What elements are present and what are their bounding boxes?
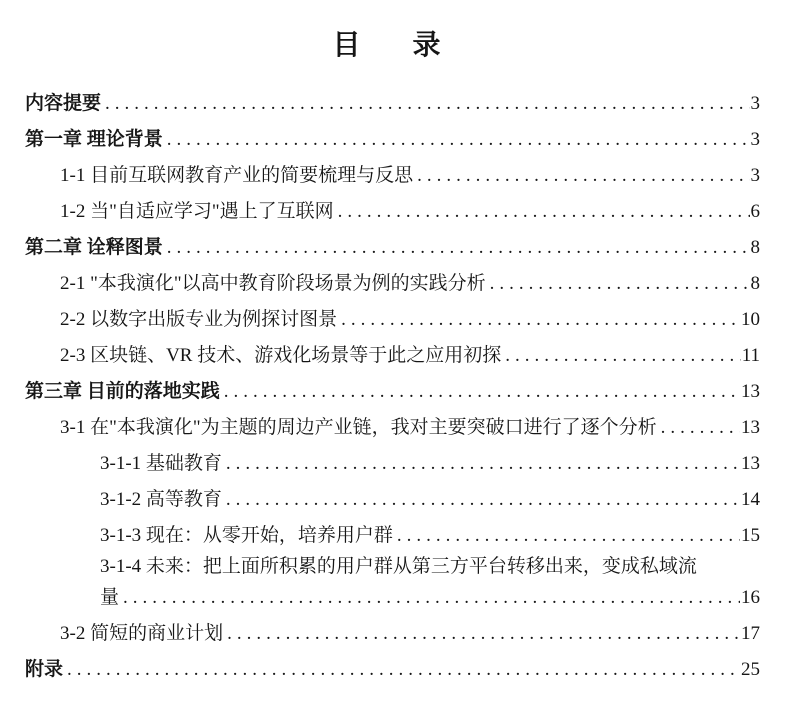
page-number: 13 bbox=[741, 374, 760, 410]
toc-list: 内容提要....................................… bbox=[25, 86, 760, 688]
page-number: 3 bbox=[751, 158, 761, 194]
toc-entry-label: 第一章 理论背景 bbox=[25, 122, 163, 158]
dot-leader: ........................................… bbox=[167, 230, 750, 266]
toc-entry-label: 第二章 诠释图景 bbox=[25, 230, 163, 266]
dot-leader: ........................................… bbox=[417, 158, 749, 194]
page-number: 10 bbox=[741, 302, 760, 338]
dot-leader: ........................................… bbox=[67, 652, 740, 688]
dot-leader: ........................................… bbox=[226, 482, 740, 518]
toc-entry-label: 2-2 以数字出版专业为例探讨图景 bbox=[60, 302, 337, 338]
dot-leader: ........................................… bbox=[123, 580, 740, 616]
toc-entry-label: 3-1-1 基础教育 bbox=[100, 446, 222, 482]
dot-leader: ........................................… bbox=[227, 616, 740, 652]
toc-entry[interactable]: 1-2 当"自适应学习"遇上了互联网......................… bbox=[25, 194, 760, 230]
toc-entry-label: 3-2 简短的商业计划 bbox=[60, 616, 223, 652]
toc-page: 目 录 内容提要................................… bbox=[0, 0, 785, 707]
toc-entry-label: 内容提要 bbox=[25, 86, 101, 122]
toc-entry-line1: 3-1-4 未来：把上面所积累的用户群从第三方平台转移出来，变成私域流 bbox=[100, 554, 760, 580]
dot-leader: ........................................… bbox=[505, 338, 740, 374]
toc-entry-label: 2-1 "本我演化"以高中教育阶段场景为例的实践分析 bbox=[60, 266, 486, 302]
dot-leader: ........................................… bbox=[338, 194, 750, 230]
toc-entry[interactable]: 第三章 目前的落地实践.............................… bbox=[25, 374, 760, 410]
toc-entry-label-continued: 量 bbox=[100, 580, 119, 616]
toc-entry-label: 第三章 目前的落地实践 bbox=[25, 374, 220, 410]
dot-leader: ........................................… bbox=[661, 410, 740, 446]
page-number: 3 bbox=[751, 86, 761, 122]
page-number: 6 bbox=[751, 194, 761, 230]
page-number: 8 bbox=[751, 266, 761, 302]
toc-entry-label: 附录 bbox=[25, 652, 63, 688]
dot-leader: ........................................… bbox=[490, 266, 750, 302]
dot-leader: ........................................… bbox=[341, 302, 740, 338]
toc-entry[interactable]: 第二章 诠释图景................................… bbox=[25, 230, 760, 266]
toc-entry[interactable]: 第一章 理论背景................................… bbox=[25, 122, 760, 158]
page-number: 11 bbox=[742, 338, 760, 374]
toc-entry-label: 1-2 当"自适应学习"遇上了互联网 bbox=[60, 194, 334, 230]
dot-leader: ........................................… bbox=[226, 446, 740, 482]
toc-entry-label: 1-1 目前互联网教育产业的简要梳理与反思 bbox=[60, 158, 413, 194]
page-number: 13 bbox=[741, 446, 760, 482]
page-number: 8 bbox=[751, 230, 761, 266]
toc-entry[interactable]: 2-1 "本我演化"以高中教育阶段场景为例的实践分析..............… bbox=[25, 266, 760, 302]
dot-leader: ........................................… bbox=[105, 86, 749, 122]
toc-entry-label: 3-1-3 现在：从零开始，培养用户群 bbox=[100, 518, 393, 554]
toc-entry[interactable]: 附录......................................… bbox=[25, 652, 760, 688]
toc-entry[interactable]: 3-1-4 未来：把上面所积累的用户群从第三方平台转移出来，变成私域流量....… bbox=[25, 554, 760, 616]
page-number: 25 bbox=[741, 652, 760, 688]
dot-leader: ........................................… bbox=[167, 122, 750, 158]
toc-entry[interactable]: 3-1-3 现在：从零开始，培养用户群.....................… bbox=[25, 518, 760, 554]
toc-entry[interactable]: 3-2 简短的商业计划.............................… bbox=[25, 616, 760, 652]
toc-entry-label: 3-1 在"本我演化"为主题的周边产业链，我对主要突破口进行了逐个分析 bbox=[60, 410, 657, 446]
dot-leader: ........................................… bbox=[224, 374, 740, 410]
toc-entry[interactable]: 1-1 目前互联网教育产业的简要梳理与反思...................… bbox=[25, 158, 760, 194]
page-number: 17 bbox=[741, 616, 760, 652]
toc-entry[interactable]: 3-1-1 基础教育..............................… bbox=[25, 446, 760, 482]
page-number: 3 bbox=[751, 122, 761, 158]
page-title: 目 录 bbox=[25, 28, 760, 64]
toc-entry-line2: 量.......................................… bbox=[100, 580, 760, 616]
page-number: 16 bbox=[741, 580, 760, 616]
toc-entry[interactable]: 2-3 区块链、VR 技术、游戏化场景等于此之应用初探.............… bbox=[25, 338, 760, 374]
page-number: 14 bbox=[741, 482, 760, 518]
toc-entry-label: 2-3 区块链、VR 技术、游戏化场景等于此之应用初探 bbox=[60, 338, 501, 374]
toc-entry[interactable]: 内容提要....................................… bbox=[25, 86, 760, 122]
toc-entry[interactable]: 3-1-2 高等教育..............................… bbox=[25, 482, 760, 518]
toc-entry-label: 3-1-4 未来：把上面所积累的用户群从第三方平台转移出来，变成私域流 bbox=[100, 556, 697, 577]
toc-entry-label: 3-1-2 高等教育 bbox=[100, 482, 222, 518]
toc-entry[interactable]: 2-2 以数字出版专业为例探讨图景.......................… bbox=[25, 302, 760, 338]
page-number: 13 bbox=[741, 410, 760, 446]
dot-leader: ........................................… bbox=[397, 518, 740, 554]
toc-entry[interactable]: 3-1 在"本我演化"为主题的周边产业链，我对主要突破口进行了逐个分析.....… bbox=[25, 410, 760, 446]
page-number: 15 bbox=[741, 518, 760, 554]
